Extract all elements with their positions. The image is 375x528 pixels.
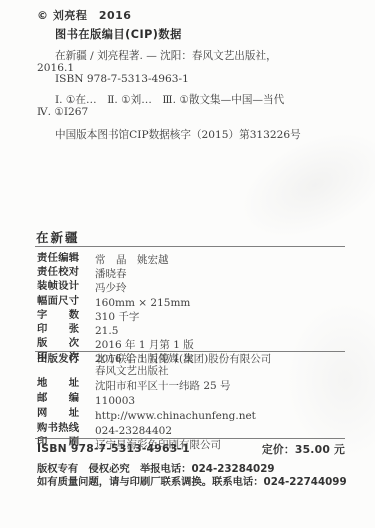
table-row: 装帧设计冯少玲 [37, 280, 194, 294]
website-url: http://www.chinachunfeng.net [95, 410, 256, 422]
cip-isbn-line: ISBN 978-7-5313-4963-1 [37, 74, 337, 86]
publisher-line-1: 北方联合出版传媒(集团)股份有限公司 [95, 353, 271, 365]
divider-rule [35, 438, 345, 439]
cip-classification-block: Ⅰ. ①在… Ⅱ. ①刘… Ⅲ. ①散文集—中国—当代 Ⅳ. ①I267 [37, 94, 337, 118]
table-row: 邮 编110003 [37, 393, 350, 408]
hotline-number: 024-23284402 [95, 425, 172, 437]
book-title: 在新疆 [36, 228, 80, 246]
row-label: 购书热线 [37, 423, 84, 435]
classification-line-1: Ⅰ. ①在… Ⅱ. ①刘… Ⅲ. ①散文集—中国—当代 [37, 94, 337, 106]
row-value: 冯少玲 [95, 282, 127, 294]
table-row: 出版发行北方联合出版传媒(集团)股份有限公司春风文艺出版社 [37, 354, 350, 378]
cip-heading: 图书在版编目(CIP)数据 [55, 26, 182, 42]
table-row: 责任编辑常 晶 姚宏越 [37, 252, 194, 266]
table-row: 版 次2016 年 1 月第 1 版 [37, 337, 194, 351]
publisher-line-2: 春风文艺出版社 [95, 365, 169, 377]
row-value: 21.5 [95, 325, 118, 337]
row-label: 字 数 [37, 309, 84, 321]
row-label: 版 次 [37, 337, 84, 349]
table-row: 地 址沈阳市和平区十一纬路 25 号 [37, 378, 350, 393]
isbn-price-line: ISBN 978-7-5313-4963-1 定价：35.00 元 [37, 442, 345, 457]
quality-notice-line: 如有质量问题，请与印刷厂联系调换。联系电话：024-22744099 [37, 476, 357, 489]
table-row: 购书热线024-23284402 [37, 423, 350, 438]
row-label: 网 址 [37, 408, 84, 420]
row-value: 110003 [95, 395, 135, 407]
row-value: 北方联合出版传媒(集团)股份有限公司春风文艺出版社 [95, 354, 350, 378]
row-value: 310 千字 [95, 311, 139, 323]
copyright-notice-block: 版权专有 侵权必究 举报电话：024-23284029 如有质量问题，请与印刷厂… [37, 463, 357, 490]
table-row: 网 址http://www.chinachunfeng.net [37, 408, 350, 423]
table-row: 字 数310 千字 [37, 309, 194, 323]
rights-notice-line: 版权专有 侵权必究 举报电话：024-23284029 [37, 463, 357, 476]
row-value: 160mm × 215mm [95, 297, 190, 309]
divider-rule [35, 246, 345, 247]
row-value: 潘晓春 [95, 268, 127, 280]
cip-record-number: 中国版本图书馆CIP数据核字（2015）第313226号 [55, 127, 301, 142]
cip-description-block: 在新疆 / 刘亮程著. — 沈阳：春风文艺出版社， 2016.1 ISBN 97… [37, 51, 337, 86]
classification-line-2: Ⅳ. ①I267 [37, 106, 337, 118]
row-label: 印 张 [37, 323, 84, 335]
table-row: 幅面尺寸160mm × 215mm [37, 295, 194, 309]
edition-info-table: 责任编辑常 晶 姚宏越 责任校对潘晓春 装帧设计冯少玲 幅面尺寸160mm × … [37, 252, 194, 366]
row-label: 幅面尺寸 [37, 295, 84, 307]
isbn-number: ISBN 978-7-5313-4963-1 [37, 442, 190, 457]
table-row: 印 张21.5 [37, 323, 194, 337]
price-label: 定价：35.00 元 [262, 442, 345, 457]
row-label: 地 址 [37, 378, 84, 390]
row-value: 常 晶 姚宏越 [95, 254, 169, 266]
copyright-line: © 刘亮程 2016 [37, 7, 131, 23]
row-value: 2016 年 1 月第 1 版 [95, 339, 194, 351]
row-label: 责任校对 [37, 266, 84, 278]
table-row: 责任校对潘晓春 [37, 266, 194, 280]
row-label: 出版发行 [37, 354, 84, 366]
book-colophon-page: © 刘亮程 2016 图书在版编目(CIP)数据 在新疆 / 刘亮程著. — 沈… [0, 0, 375, 528]
divider-rule [35, 351, 345, 352]
row-label: 邮 编 [37, 393, 84, 405]
row-value: 沈阳市和平区十一纬路 25 号 [95, 380, 231, 392]
row-label: 装帧设计 [37, 280, 84, 292]
row-label: 责任编辑 [37, 252, 84, 264]
cip-title-line: 在新疆 / 刘亮程著. — 沈阳：春风文艺出版社， [37, 51, 337, 63]
